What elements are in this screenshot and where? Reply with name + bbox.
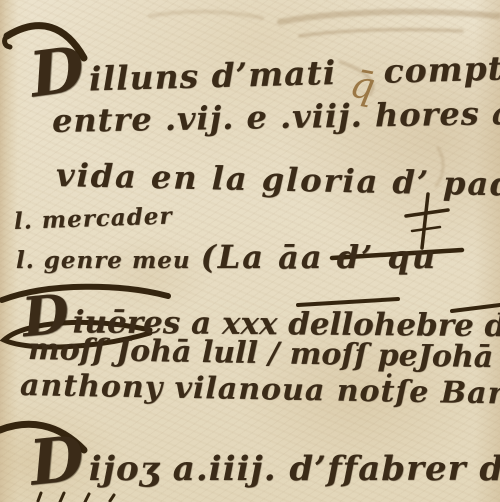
line-9-text: ijoʒ a.iiij. d’ffabrer dʒ — [89, 449, 500, 489]
illuminated-initial-d: D — [27, 427, 88, 494]
manuscript-line-2: entre .vij. e .viij. hores an — [52, 94, 500, 140]
manuscript-line-9: D ijoʒ a.iiij. d’ffabrer dʒ — [30, 428, 500, 490]
line-5-text: l. genre meu — [16, 247, 191, 274]
manuscript-line-8: anthony vilanoua noṫſe Bar — [20, 368, 500, 411]
line-1-text: illuns d’mati — [88, 53, 336, 98]
line-5-text-after: (La āa d’ qu — [201, 238, 437, 276]
manuscript-line-4-interlinear: l. mercader — [14, 202, 173, 235]
manuscript-line-5-interlinear: l. genre meu (La āa d’ qu — [16, 238, 437, 276]
line-1-text-after: compta — [383, 48, 500, 91]
line-2-text: entre .vij. e .viij. hores an — [52, 94, 500, 140]
illuminated-initial-d: D — [26, 38, 88, 107]
manuscript-line-1: D illuns d’mati q̄ compta — [29, 27, 500, 102]
line-4-text: l. mercader — [14, 202, 173, 235]
line-3-text: vida en la gloria d’ padi — [56, 156, 500, 204]
line-8-text: anthony vilanoua noṫſe Bar — [20, 368, 500, 411]
manuscript-line-3: vida en la gloria d’ padi — [56, 156, 500, 204]
manuscript-page: D illuns d’mati q̄ compta entre .vij. e … — [0, 0, 500, 502]
